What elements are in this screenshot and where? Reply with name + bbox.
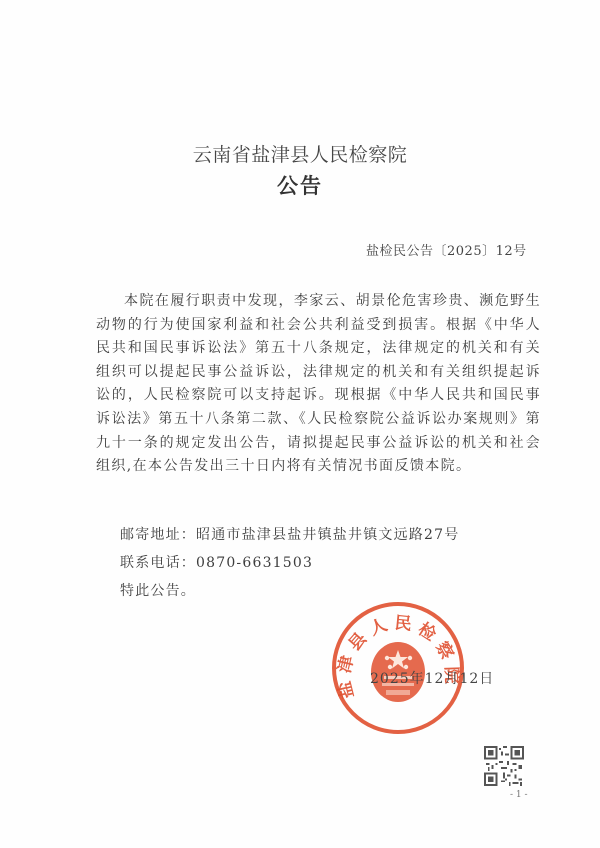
phone-label: 联系电话： [120,555,196,571]
document-number: 盐检民公告〔2025〕12号 [366,240,527,259]
organization-name: 云南省盐津县人民检察院 [0,140,600,167]
page-number: - 1 - [510,790,528,800]
issue-date: 2025年12月12日 [370,668,494,688]
mailing-address: 邮寄地址：昭通市盐津县盐井镇盐井镇文远路27号 [120,524,459,544]
address-value: 昭通市盐津县盐井镇盐井镇文远路27号 [196,527,459,543]
address-label: 邮寄地址： [120,527,196,543]
document-page: 云南省盐津县人民检察院 公告 盐检民公告〔2025〕12号 本院在履行职责中发现… [0,0,600,848]
contact-phone: 联系电话：0870-6631503 [120,552,313,572]
announcement-body: 本院在履行职责中发现，李家云、胡景伦危害珍贵、濒危野生动物的行为使国家利益和社会… [96,290,541,479]
qr-code-icon [484,746,524,786]
document-title: 公告 [0,170,600,200]
closing-statement: 特此公告。 [120,580,196,600]
phone-value: 0870-6631503 [196,555,313,571]
